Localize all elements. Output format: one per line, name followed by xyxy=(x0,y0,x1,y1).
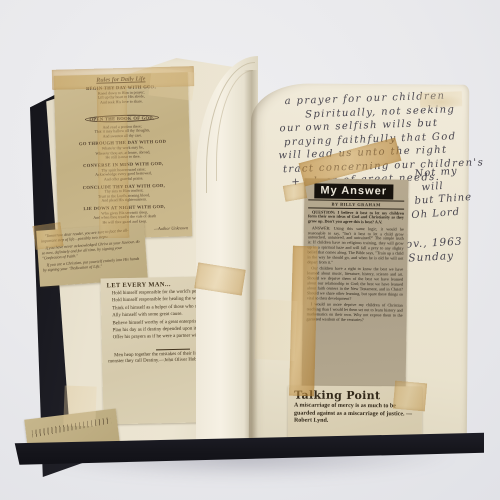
spine-shadow xyxy=(244,70,258,448)
divider xyxy=(156,348,190,350)
tape-strip xyxy=(148,67,195,100)
scrapbook-photo: Rules for Daily Life BEGIN THY DAY WITH … xyxy=(0,0,500,500)
question-paragraph: QUESTION: I believe it best to let my ch… xyxy=(308,210,404,226)
handwritten-closing: Not my will but Thine Oh Lord xyxy=(404,164,478,223)
tape-strip xyxy=(254,299,297,361)
tape-strip xyxy=(420,91,462,107)
my-answer-clipping: My Answer BY BILLY GRAHAM QUESTION: I be… xyxy=(301,178,408,397)
clipping-byline: BY BILLY GRAHAM xyxy=(308,199,404,209)
tape-strip xyxy=(97,88,130,239)
tape-strip xyxy=(393,381,427,412)
answer-paragraph: Our children have a right to know the be… xyxy=(307,267,403,303)
answer-paragraph: I would no more deprive my children of C… xyxy=(307,302,403,323)
tape-strip xyxy=(32,222,63,250)
answer-paragraph: ANSWER: Using this same logic, it would … xyxy=(307,226,404,266)
tape-strip xyxy=(63,385,96,426)
clipping-header: My Answer xyxy=(314,183,393,199)
